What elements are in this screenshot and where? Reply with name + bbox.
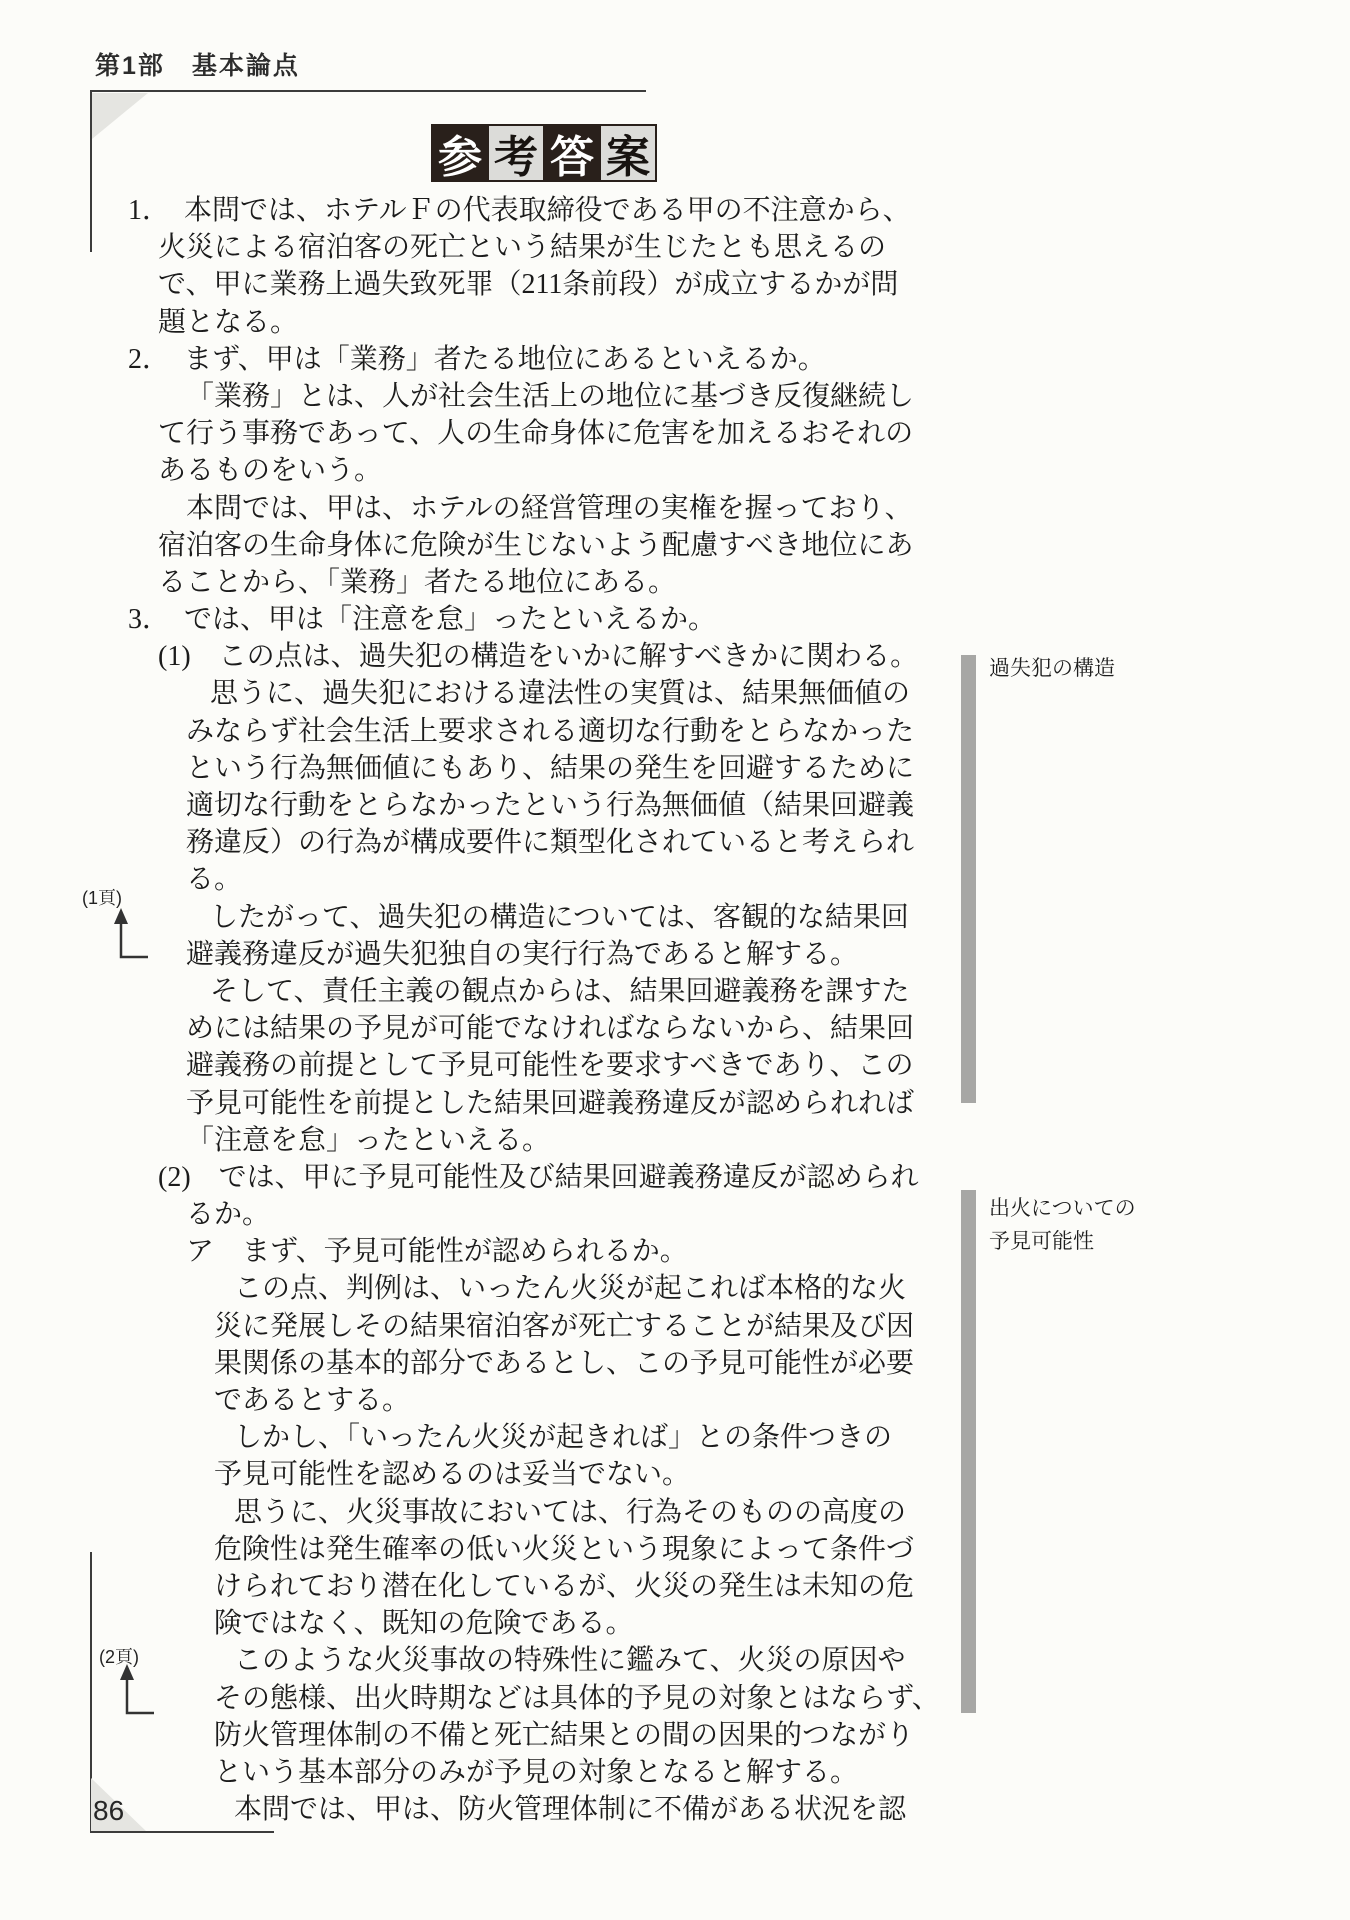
body-line: 果関係の基本的部分であるとし、この予見可能性が必要: [128, 1345, 928, 1382]
body-line: みならず社会生活上要求される適切な行動をとらなかった: [128, 713, 928, 750]
body-line: この点、判例は、いったん火災が起これば本格的な火: [128, 1270, 928, 1307]
answer-body: 1． 本問では、ホテルＦの代表取締役である甲の不注意から、 火災による宿泊客の死…: [128, 192, 928, 1828]
body-line: 本問では、甲は、防火管理体制に不備がある状況を認: [128, 1791, 928, 1828]
body-line: 務違反）の行為が構成要件に類型化されていると考えられ: [128, 824, 928, 861]
body-line: めには結果の予見が可能でなければならないから、結果回: [128, 1010, 928, 1047]
body-line: しかし、「いったん火災が起きれば」との条件つきの: [128, 1419, 928, 1456]
body-line: 本問では、甲は、ホテルの経営管理の実権を握っており、: [128, 490, 928, 527]
page-break-marker-1: (1頁): [82, 884, 122, 910]
body-line: その態様、出火時期などは具体的予見の対象とはならず、: [128, 1680, 928, 1717]
body-line: 1． 本問では、ホテルＦの代表取締役である甲の不注意から、: [128, 192, 928, 229]
body-line: けられており潜在化しているが、火災の発生は未知の危: [128, 1568, 928, 1605]
body-line: 思うに、火災事故においては、行為そのものの高度の: [128, 1494, 928, 1531]
body-line: で、甲に業務上過失致死罪（211条前段）が成立するかが問: [128, 266, 928, 303]
body-line: (1) この点は、過失犯の構造をいかに解すべきかに関わる。: [128, 638, 928, 675]
body-line: であるとする。: [128, 1382, 928, 1419]
body-line: 「注意を怠」ったといえる。: [128, 1122, 928, 1159]
side-note-bar: [961, 655, 976, 1103]
title-char-box: 考: [487, 124, 545, 182]
header-rule: [90, 90, 646, 92]
body-line: (2) では、甲に予見可能性及び結果回避義務違反が認められ: [128, 1159, 928, 1196]
body-line: 2． まず、甲は「業務」者たる地位にあるといえるか。: [128, 341, 928, 378]
side-note-bar: [961, 1190, 976, 1713]
corner-triangle-top: [92, 93, 148, 139]
side-note: 過失犯の構造: [989, 652, 1115, 682]
body-line: 「業務」とは、人が社会生活上の地位に基づき反復継続し: [128, 378, 928, 415]
side-note-line: 予見可能性: [989, 1225, 1136, 1258]
body-line: 防火管理体制の不備と死亡結果との間の因果的つながり: [128, 1717, 928, 1754]
page-header: 第1部 基本論点: [95, 46, 300, 82]
side-note-line: 出火についての: [989, 1192, 1136, 1225]
body-line: 適切な行動をとらなかったという行為無価値（結果回避義: [128, 787, 928, 824]
title-char-box: 案: [599, 124, 657, 182]
body-line: あるものをいう。: [128, 452, 928, 489]
body-line: という基本部分のみが予見の対象となると解する。: [128, 1754, 928, 1791]
body-line: そして、責任主義の観点からは、結果回避義務を課すた: [128, 973, 928, 1010]
body-line: 災に発展しその結果宿泊客が死亡することが結果及び因: [128, 1308, 928, 1345]
body-line: このような火災事故の特殊性に鑑みて、火災の原因や: [128, 1642, 928, 1679]
body-line: ることから、「業務」者たる地位にある。: [128, 564, 928, 601]
body-line: 避義務の前提として予見可能性を要求すべきであり、この: [128, 1047, 928, 1084]
body-line: 題となる。: [128, 304, 928, 341]
body-line: 宿泊客の生命身体に危険が生じないよう配慮すべき地位にあ: [128, 527, 928, 564]
body-line: 火災による宿泊客の死亡という結果が生じたとも思えるの: [128, 229, 928, 266]
body-line: るか。: [128, 1196, 928, 1233]
title-char-box: 答: [543, 124, 601, 182]
body-line: 予見可能性を認めるのは妥当でない。: [128, 1456, 928, 1493]
footer-rule: [90, 1831, 274, 1833]
title-char-box: 参: [431, 124, 489, 182]
body-line: 危険性は発生確率の低い火災という現象によって条件づ: [128, 1531, 928, 1568]
body-line: 険ではなく、既知の危険である。: [128, 1605, 928, 1642]
side-note: 出火についての 予見可能性: [989, 1192, 1136, 1258]
body-line: ア まず、予見可能性が認められるか。: [128, 1233, 928, 1270]
left-border-top: [90, 92, 92, 252]
body-line: したがって、過失犯の構造については、客観的な結果回: [128, 899, 928, 936]
up-arrow-icon: [116, 1664, 156, 1721]
body-line: て行う事務であって、人の生命身体に危害を加えるおそれの: [128, 415, 928, 452]
body-line: 避義務違反が過失犯独自の実行行為であると解する。: [128, 936, 928, 973]
body-line: 思うに、過失犯における違法性の実質は、結果無価値の: [128, 675, 928, 712]
up-arrow-icon: [110, 908, 150, 965]
section-title: 参 考 答 案: [431, 124, 657, 182]
body-line: 予見可能性を前提とした結果回避義務違反が認められれば: [128, 1085, 928, 1122]
page-number: 86: [93, 1795, 124, 1827]
body-line: 3． では、甲は「注意を怠」ったといえるか。: [128, 601, 928, 638]
body-line: る。: [128, 861, 928, 898]
body-line: という行為無価値にもあり、結果の発生を回避するために: [128, 750, 928, 787]
